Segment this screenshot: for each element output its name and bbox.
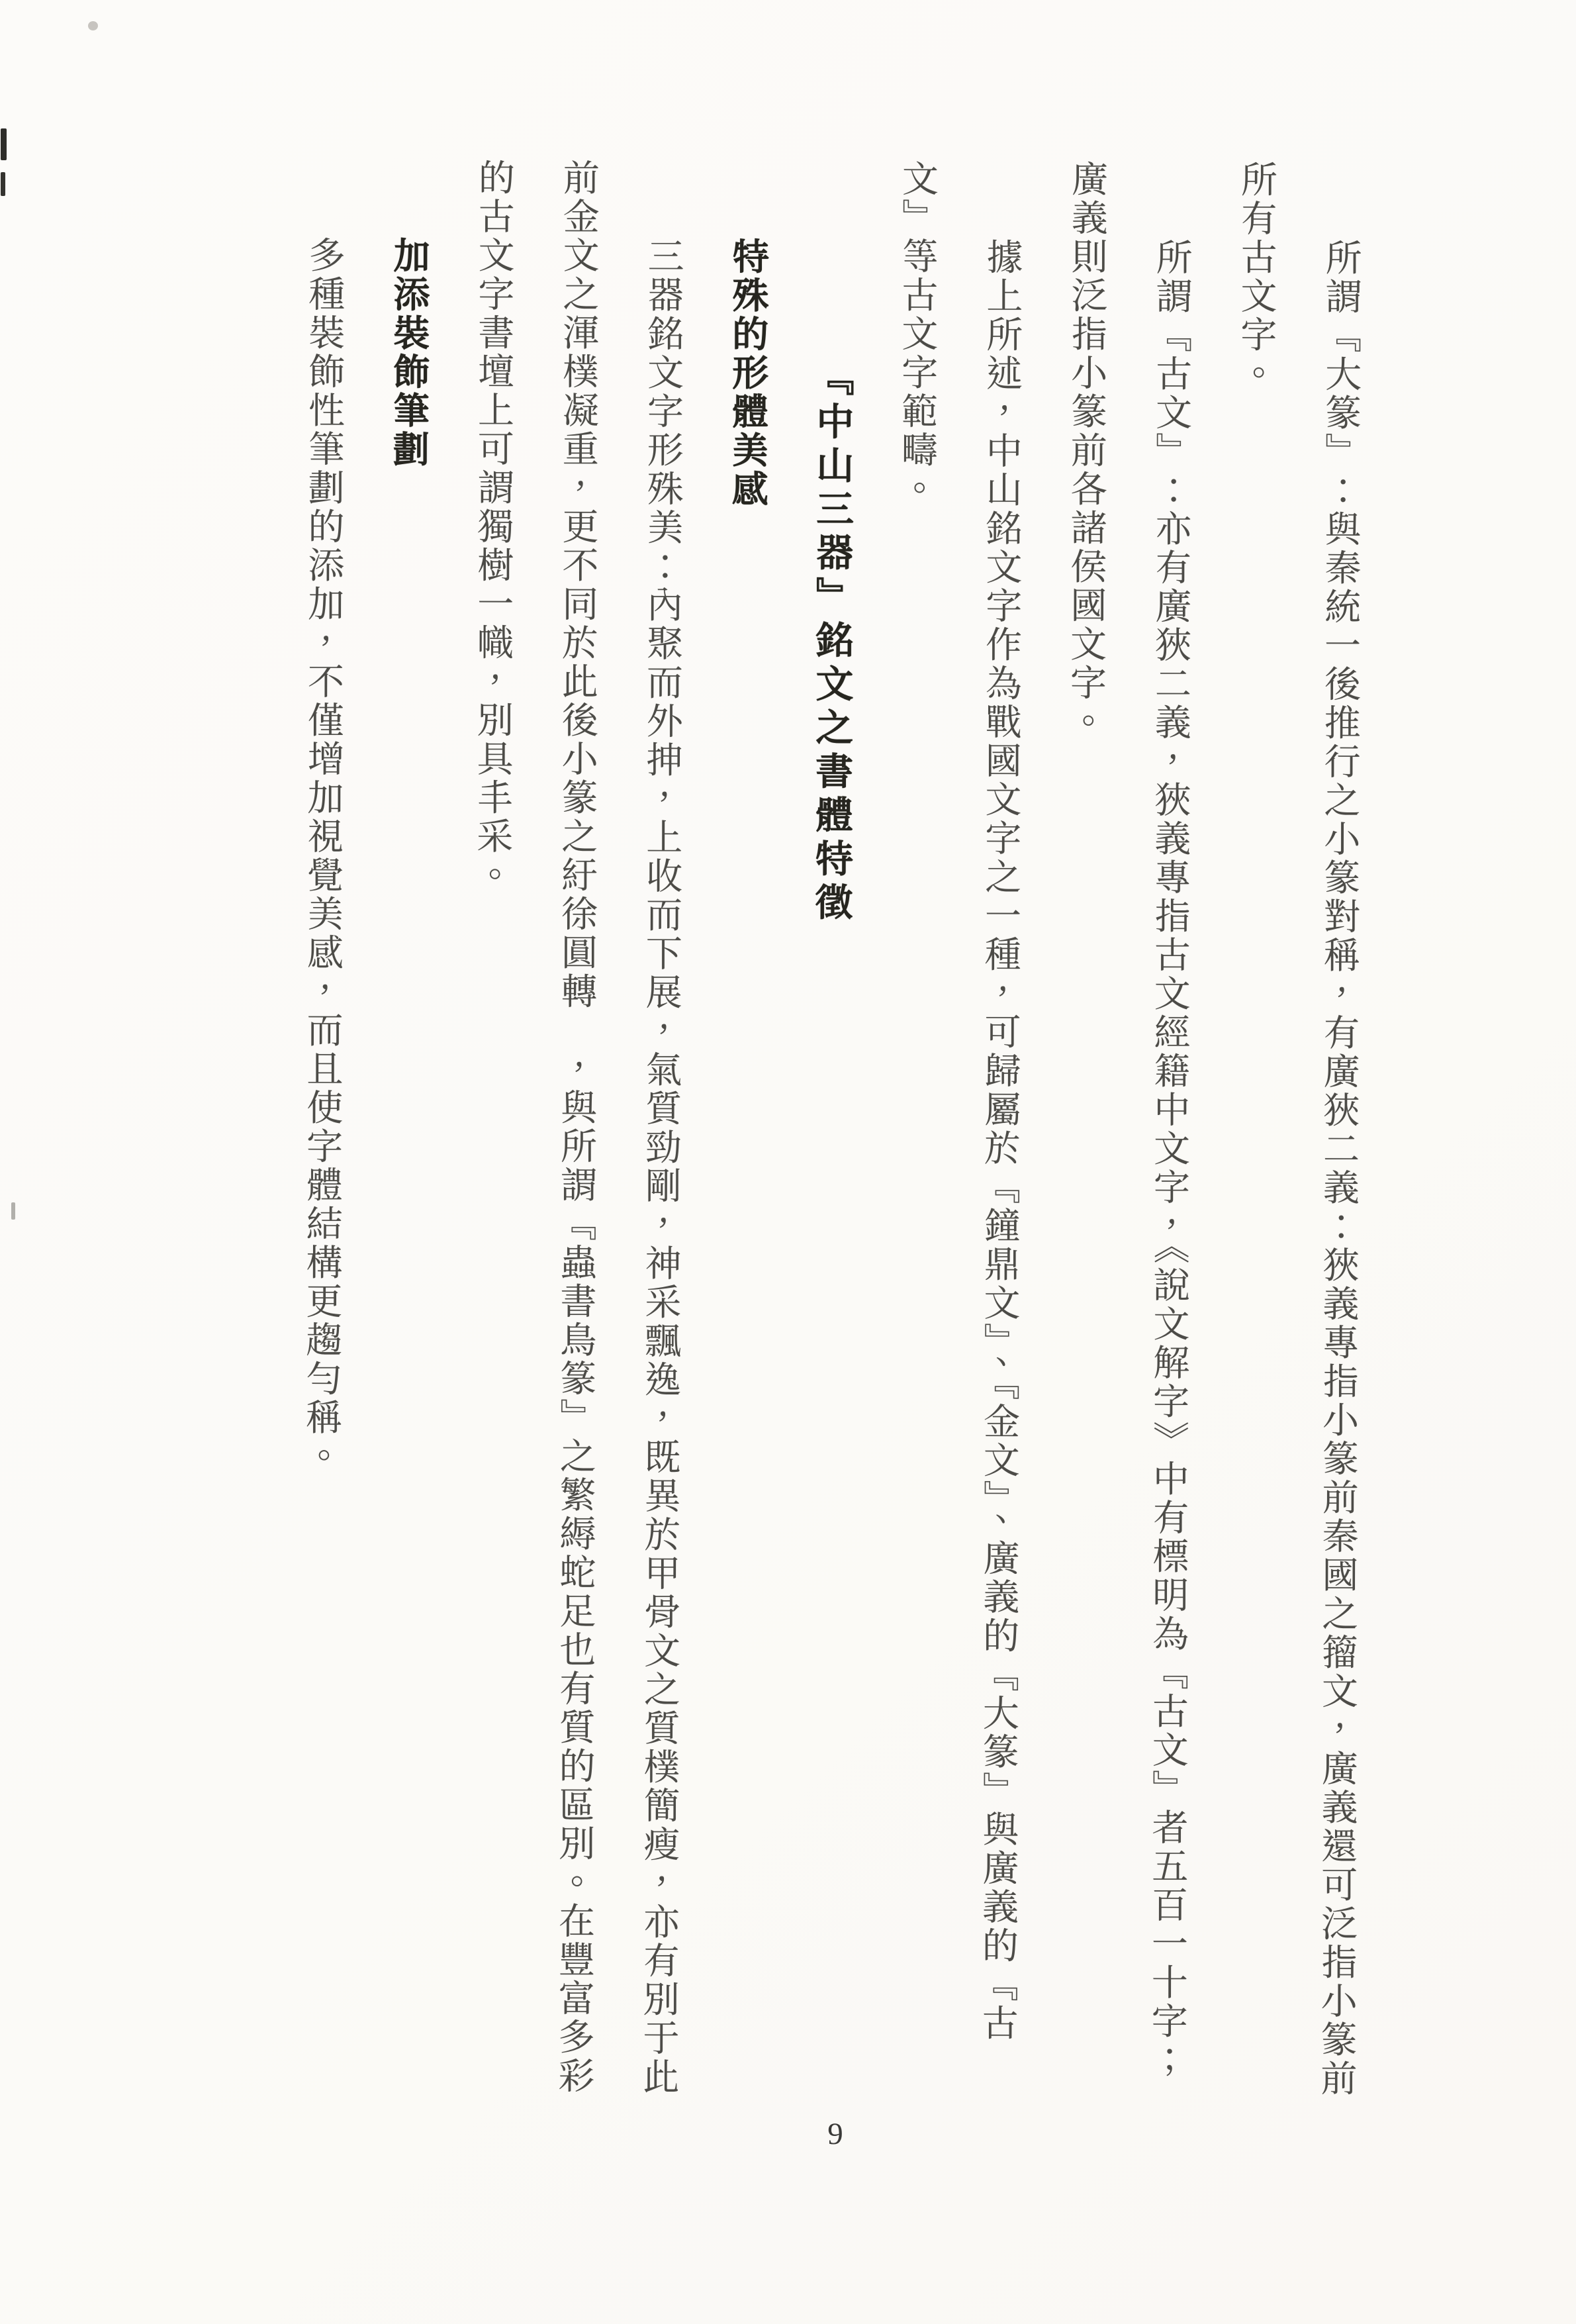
scan-artifact xyxy=(88,21,98,30)
scan-artifact xyxy=(1,172,5,196)
text-column: 所謂『古文』：亦有廣狹二義，狹義專指古文經籍中文字，《說文解字》中有標明為『古文… xyxy=(1123,160,1213,2113)
text-column: 文』等古文字範疇。 xyxy=(869,160,959,2113)
text-column: 多種裝飾性筆劃的添加，不僅增加視覺美感，而且使字體結構更趨勻稱。 xyxy=(276,158,366,2111)
vertical-text-block: 所謂『大篆』：與秦統一後推行之小篆對稱，有廣狹二義：狹義專指小篆前秦國之籀文，廣… xyxy=(276,158,1383,2114)
text-column: 所有古文字。 xyxy=(1208,160,1298,2113)
text-column: 三器銘文字形殊美：內聚而外抻，上收而下展，氣質勁剛，神采飄逸，既異於甲骨文之質樸… xyxy=(615,159,705,2112)
text-column: 的古文字書壇上可謂獨樹一幟，別具丰采。 xyxy=(445,158,535,2111)
scan-artifact xyxy=(1,128,7,160)
text-column: 據上所述，中山銘文字作為戰國文字之一種，可歸屬於『鐘鼎文』、『金文』、廣義的『大… xyxy=(954,160,1044,2113)
text-column: 所謂『大篆』：與秦統一後推行之小篆對稱，有廣狹二義：狹義專指小篆前秦國之籀文，廣… xyxy=(1293,161,1383,2114)
subsection-heading: 加添裝飾筆劃 xyxy=(361,158,451,2111)
section-heading: 『中山三器』銘文之書體特徵 xyxy=(784,160,874,2113)
scan-artifact xyxy=(11,1202,15,1220)
text-column: 前金文之渾樸凝重，更不同於此後小篆之紆徐圓轉 ，與所謂『蟲書鳥篆』之繁縟蛇足也有… xyxy=(530,159,620,2112)
subsection-heading: 特殊的形體美感 xyxy=(700,159,790,2112)
page-number: 9 xyxy=(813,2116,858,2152)
scanned-document-page: 所謂『大篆』：與秦統一後推行之小篆對稱，有廣狹二義：狹義專指小篆前秦國之籀文，廣… xyxy=(0,0,1576,2324)
text-column: 廣義則泛指小篆前各諸侯國文字。 xyxy=(1039,160,1129,2113)
